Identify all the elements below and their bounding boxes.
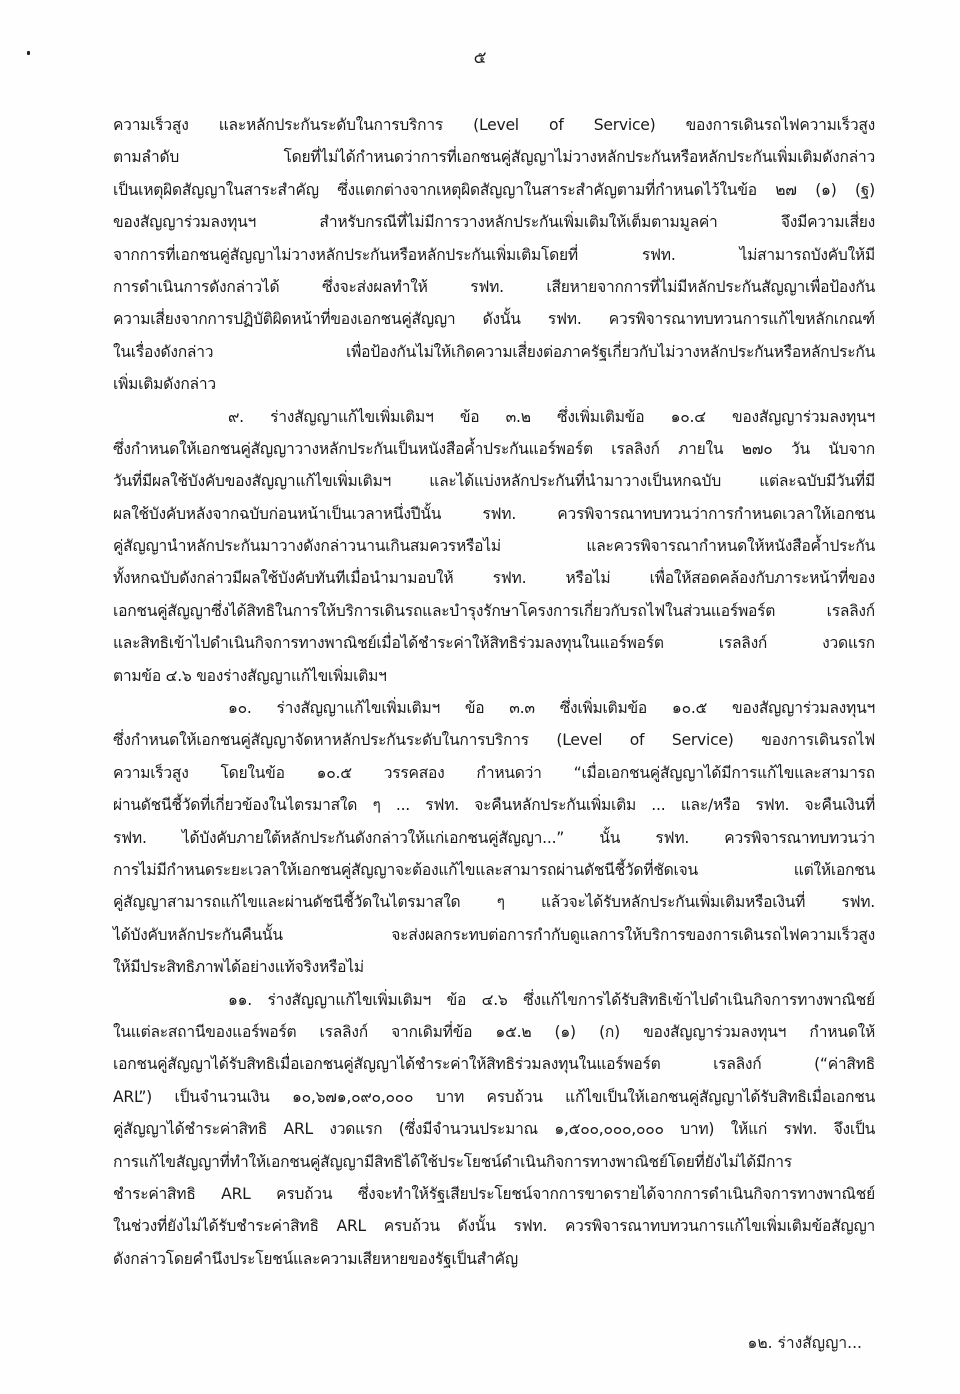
text-line: ความเร็วสูง และหลักประกันระดับในการบริกา… <box>113 109 875 141</box>
text-line: คู่สัญญานำหลักประกันมาวางดังกล่าวนานเกิน… <box>113 530 875 562</box>
text-line: ซึ่งกำหนดให้เอกชนคู่สัญญาวางหลักประกันเป… <box>113 433 875 465</box>
document-body: ความเร็วสูง และหลักประกันระดับในการบริกา… <box>113 109 875 1275</box>
text-line: จากการที่เอกชนคู่สัญญาไม่วางหลักประกันหร… <box>113 239 875 271</box>
text-line: การไม่มีกำหนดระยะเวลาให้เอกชนคู่สัญญาจะต… <box>113 854 875 886</box>
text-line: ชำระค่าสิทธิ ARL ครบถ้วน ซึ่งจะทำให้รัฐเ… <box>113 1178 875 1210</box>
continuation-marker: ๑๒. ร่างสัญญา... <box>747 1330 862 1355</box>
paragraph-item-9: ๙. ร่างสัญญาแก้ไขเพิ่มเติมฯ ข้อ ๓.๒ ซึ่ง… <box>113 401 875 693</box>
text-line: ตามข้อ ๔.๖ ของร่างสัญญาแก้ไขเพิ่มเติมฯ <box>113 660 875 692</box>
paragraph-item-10: ๑๐. ร่างสัญญาแก้ไขเพิ่มเติมฯ ข้อ ๓.๓ ซึ่… <box>113 692 875 984</box>
text-line: ๙. ร่างสัญญาแก้ไขเพิ่มเติมฯ ข้อ ๓.๒ ซึ่ง… <box>113 401 875 433</box>
text-line: ให้มีประสิทธิภาพได้อย่างแท้จริงหรือไม่ <box>113 951 875 983</box>
text-line: ARL”) เป็นจำนวนเงิน ๑๐,๖๗๑,๐๙๐,๐๐๐ บาท ค… <box>113 1081 875 1113</box>
text-line: การแก้ไขสัญญาที่ทำให้เอกชนคู่สัญญามีสิทธ… <box>113 1146 875 1178</box>
text-line: คู่สัญญาได้ชำระค่าสิทธิ ARL งวดแรก (ซึ่ง… <box>113 1113 875 1145</box>
paragraph-continued: ความเร็วสูง และหลักประกันระดับในการบริกา… <box>113 109 875 401</box>
text-line: ความเร็วสูง โดยในข้อ ๑๐.๕ วรรคสอง กำหนดว… <box>113 757 875 789</box>
text-line: ผ่านดัชนีชี้วัดที่เกี่ยวข้องในไตรมาสใด ๆ… <box>113 789 875 821</box>
text-line: เอกชนคู่สัญญาได้รับสิทธิเมื่อเอกชนคู่สัญ… <box>113 1048 875 1080</box>
text-line: ในช่วงที่ยังไม่ได้รับชำระค่าสิทธิ ARL คร… <box>113 1210 875 1242</box>
text-line: และสิทธิเข้าไปดำเนินกิจการทางพาณิชย์เมื่… <box>113 627 875 659</box>
text-line: ๑๐. ร่างสัญญาแก้ไขเพิ่มเติมฯ ข้อ ๓.๓ ซึ่… <box>113 692 875 724</box>
paragraph-item-11: ๑๑. ร่างสัญญาแก้ไขเพิ่มเติมฯ ข้อ ๔.๖ ซึ่… <box>113 984 875 1276</box>
text-line: ได้บังคับหลักประกันคืนนั้น จะส่งผลกระทบต… <box>113 919 875 951</box>
text-line: วันที่มีผลใช้บังคับของสัญญาแก้ไขเพิ่มเติ… <box>113 465 875 497</box>
text-line: ความเสี่ยงจากการปฏิบัติผิดหน้าที่ของเอกช… <box>113 303 875 335</box>
text-line: ในแต่ละสถานีของแอร์พอร์ต เรลลิงก์ จากเดิ… <box>113 1016 875 1048</box>
document-page: ๕ ความเร็วสูง และหลักประกันระดับในการบริ… <box>0 0 960 1394</box>
text-line: ของสัญญาร่วมลงทุนฯ สำหรับกรณีที่ไม่มีการ… <box>113 206 875 238</box>
text-line: เพิ่มเติมดังกล่าว <box>113 368 875 400</box>
text-line: รฟท. ได้บังคับภายใต้หลักประกันดังกล่าวให… <box>113 822 875 854</box>
text-line: ผลใช้บังคับหลังจากฉบับก่อนหน้าเป็นเวลาหน… <box>113 498 875 530</box>
text-line: ในเรื่องดังกล่าว เพื่อป้องกันไม่ให้เกิดค… <box>113 336 875 368</box>
text-line: คู่สัญญาสามารถแก้ไขและผ่านดัชนีชี้วัดในไ… <box>113 886 875 918</box>
page-number: ๕ <box>0 44 960 71</box>
text-line: การดำเนินการดังกล่าวได้ ซึ่งจะส่งผลทำให้… <box>113 271 875 303</box>
text-line: ตามลำดับ โดยที่ไม่ได้กำหนดว่าการที่เอกชน… <box>113 141 875 173</box>
text-line: ซึ่งกำหนดให้เอกชนคู่สัญญาจัดหาหลักประกัน… <box>113 724 875 756</box>
text-line: เป็นเหตุผิดสัญญาในสาระสำคัญ ซึ่งแตกต่างจ… <box>113 174 875 206</box>
text-line: ๑๑. ร่างสัญญาแก้ไขเพิ่มเติมฯ ข้อ ๔.๖ ซึ่… <box>113 984 875 1016</box>
text-line: ดังกล่าวโดยคำนึงประโยชน์และความเสียหายขอ… <box>113 1243 875 1275</box>
text-line: ทั้งหกฉบับดังกล่าวมีผลใช้บังคับทันทีเมื่… <box>113 562 875 594</box>
text-line: เอกชนคู่สัญญาซึ่งได้สิทธิในการให้บริการเ… <box>113 595 875 627</box>
